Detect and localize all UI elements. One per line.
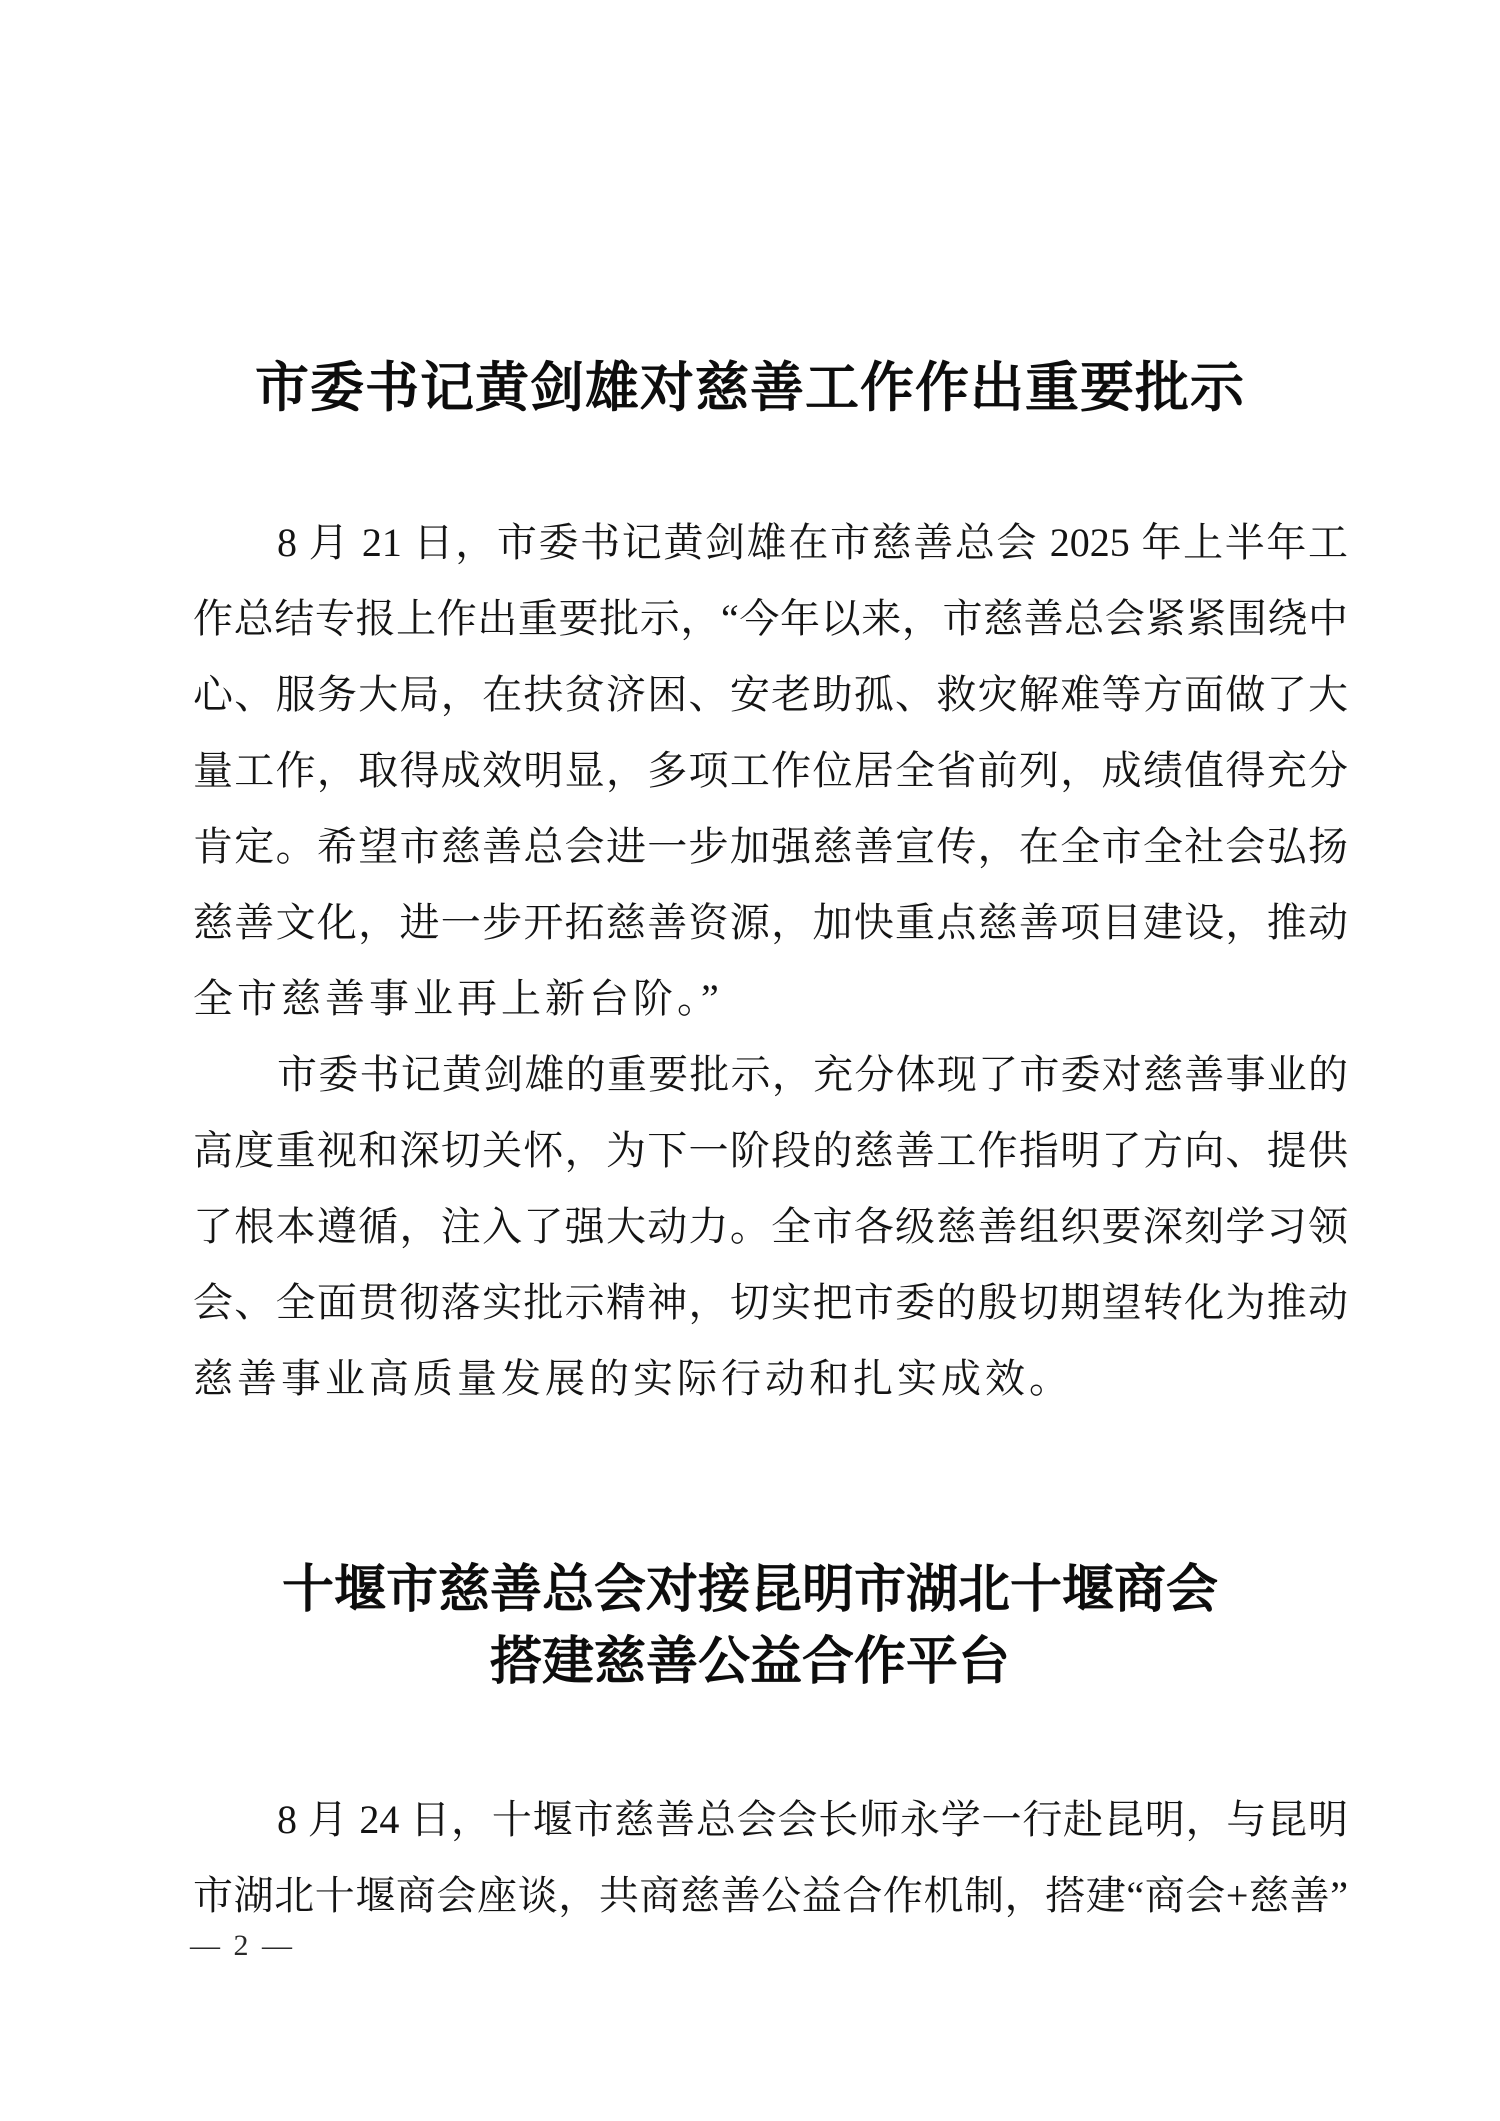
text-line: 市委书记黄剑雄的重要批示，充分体现了市委对慈善事业的 — [193, 1037, 1348, 1113]
article-1-title: 市委书记黄剑雄对慈善工作作出重要批示 — [0, 358, 1500, 418]
text-line: 心、服务大局，在扶贫济困、安老助孤、救灾解难等方面做了大 — [193, 657, 1348, 733]
text-line: 全市慈善事业再上新台阶。” — [193, 961, 1348, 1037]
text-line: 慈善事业高质量发展的实际行动和扎实成效。 — [193, 1341, 1348, 1417]
text-line: 8 月 21 日，市委书记黄剑雄在市慈善总会 2025 年上半年工 — [193, 505, 1348, 581]
page-number: — 2 — — [190, 1925, 295, 1967]
text-line: 搭建慈善公益合作平台 — [0, 1627, 1500, 1699]
article-2-title: 十堰市慈善总会对接昆明市湖北十堰商会搭建慈善公益合作平台 — [0, 1555, 1500, 1699]
text-line: 8 月 24 日，十堰市慈善总会会长师永学一行赴昆明，与昆明 — [193, 1782, 1348, 1858]
text-line: 十堰市慈善总会对接昆明市湖北十堰商会 — [0, 1555, 1500, 1627]
text-line: 慈善文化，进一步开拓慈善资源，加快重点慈善项目建设，推动 — [193, 885, 1348, 961]
text-line: 市湖北十堰商会座谈，共商慈善公益合作机制，搭建“商会+慈善” — [193, 1858, 1348, 1934]
text-line: 量工作，取得成效明显，多项工作位居全省前列，成绩值得充分 — [193, 733, 1348, 809]
text-line: 会、全面贯彻落实批示精神，切实把市委的殷切期望转化为推动 — [193, 1265, 1348, 1341]
article-2-body: 8 月 24 日，十堰市慈善总会会长师永学一行赴昆明，与昆明市湖北十堰商会座谈，… — [193, 1782, 1348, 1934]
text-line: 了根本遵循，注入了强大动力。全市各级慈善组织要深刻学习领 — [193, 1189, 1348, 1265]
text-line: 高度重视和深切关怀，为下一阶段的慈善工作指明了方向、提供 — [193, 1113, 1348, 1189]
text-line: 作总结专报上作出重要批示，“今年以来，市慈善总会紧紧围绕中 — [193, 581, 1348, 657]
text-line: 肯定。希望市慈善总会进一步加强慈善宣传，在全市全社会弘扬 — [193, 809, 1348, 885]
article-1-body: 8 月 21 日，市委书记黄剑雄在市慈善总会 2025 年上半年工作总结专报上作… — [193, 505, 1348, 1417]
document-page: 市委书记黄剑雄对慈善工作作出重要批示 8 月 21 日，市委书记黄剑雄在市慈善总… — [0, 0, 1500, 2121]
